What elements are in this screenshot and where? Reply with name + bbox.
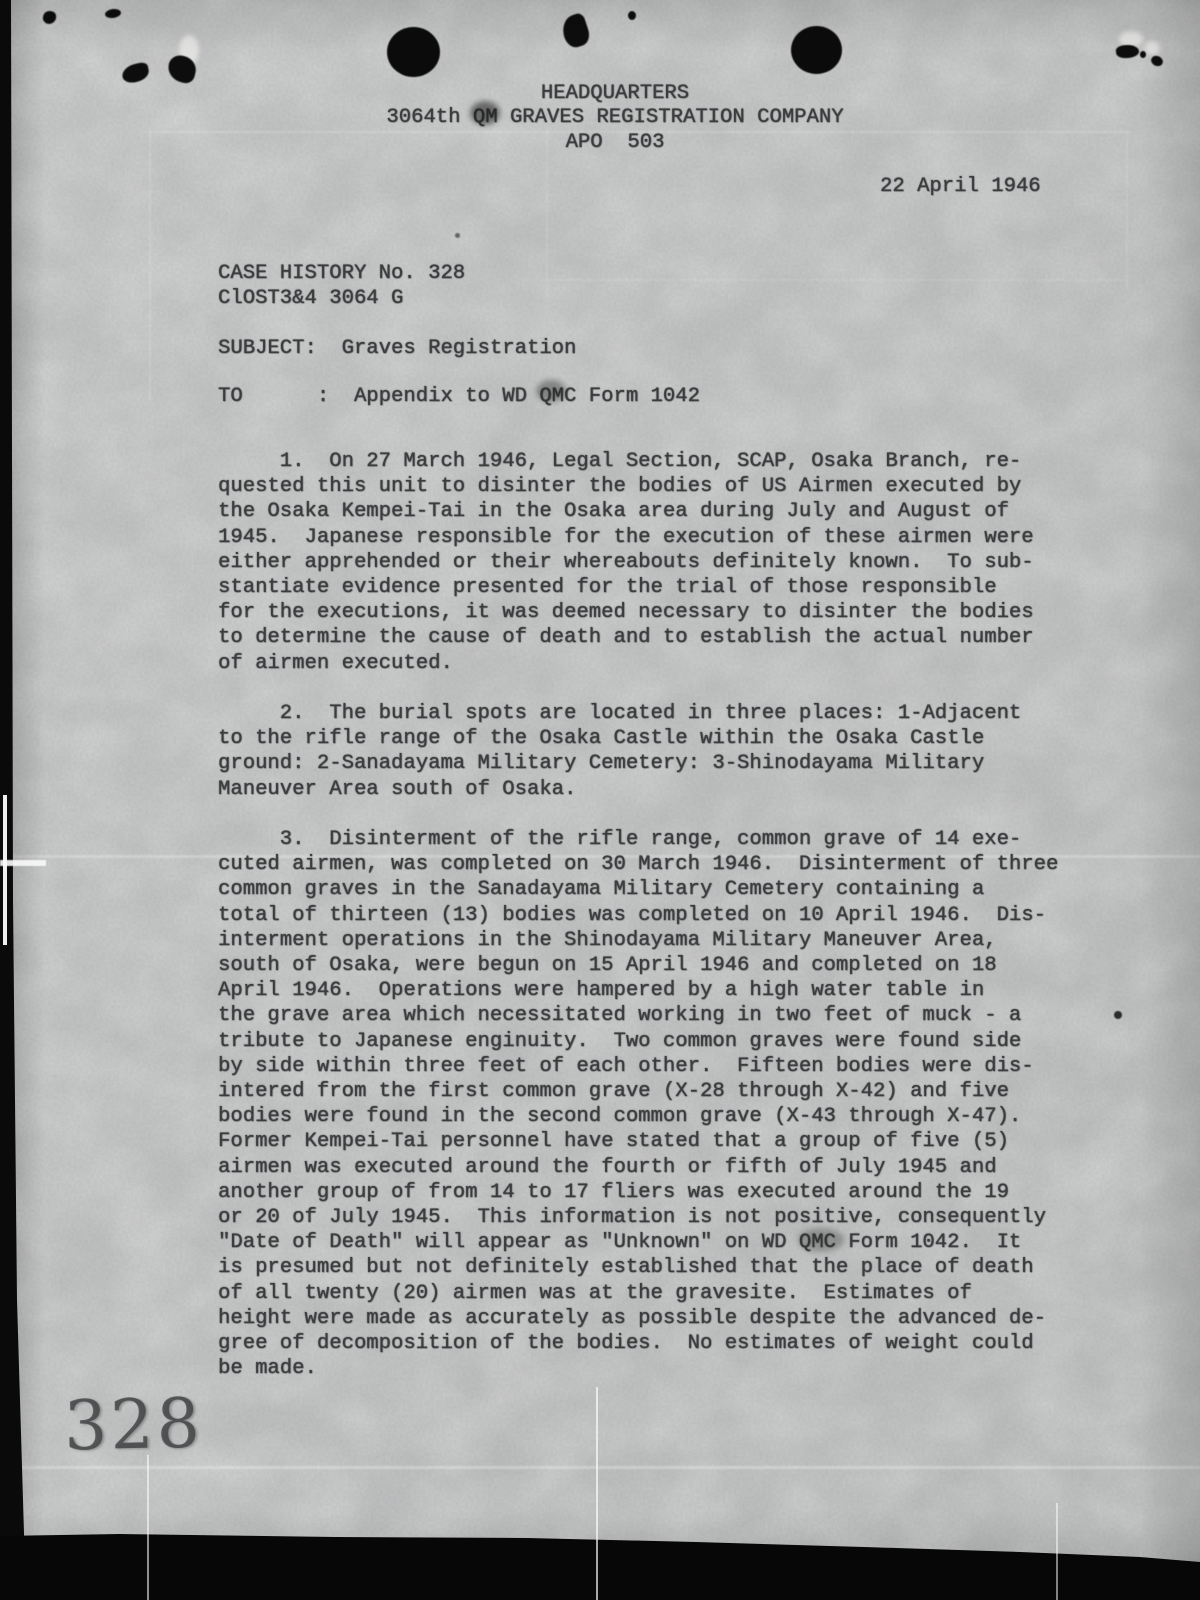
- page-number-stamp: 328: [63, 1391, 203, 1462]
- hole-punch-mark: [791, 26, 842, 74]
- ink-speck: [1114, 1011, 1122, 1019]
- ink-speck: [455, 233, 460, 238]
- ink-smudge: [798, 1228, 844, 1252]
- registration-mark-horizontal: [0, 860, 46, 866]
- letterhead: HEADQUARTERS 3064th QM GRAVES REGISTRATI…: [30, 82, 1200, 155]
- paragraph-2: 2. The burial spots are located in three…: [218, 701, 1021, 802]
- case-history-reference: CASE HISTORY No. 328 ClOST3&4 3064 G: [218, 261, 465, 311]
- ink-smudge: [470, 101, 500, 125]
- crease-line-bottom: [596, 1387, 598, 1600]
- crease-line: [540, 279, 1130, 281]
- date-line: 22 April 1946: [880, 174, 1041, 199]
- registration-mark-vertical: [3, 795, 7, 945]
- paragraph-3: 3. Disinterment of the rifle range, comm…: [218, 827, 1058, 1381]
- crease-line-bottom: [1056, 1503, 1058, 1600]
- ink-speck: [628, 11, 636, 20]
- crease-line: [149, 131, 151, 401]
- subject-line: SUBJECT: Graves Registration: [218, 336, 576, 361]
- ink-speck: [1140, 51, 1146, 58]
- crease-line-bottom: [147, 1455, 149, 1600]
- to-line: TO : Appendix to WD QMC Form 1042: [218, 384, 700, 409]
- paragraph-1: 1. On 27 March 1946, Legal Section, SCAP…: [218, 449, 1034, 676]
- fold-line-horizontal: [0, 1466, 1200, 1469]
- white-spot: [1145, 41, 1160, 55]
- scanned-document-page: HEADQUARTERS 3064th QM GRAVES REGISTRATI…: [0, 0, 1200, 1600]
- ink-smudge: [536, 380, 566, 402]
- hole-punch-mark: [387, 27, 440, 77]
